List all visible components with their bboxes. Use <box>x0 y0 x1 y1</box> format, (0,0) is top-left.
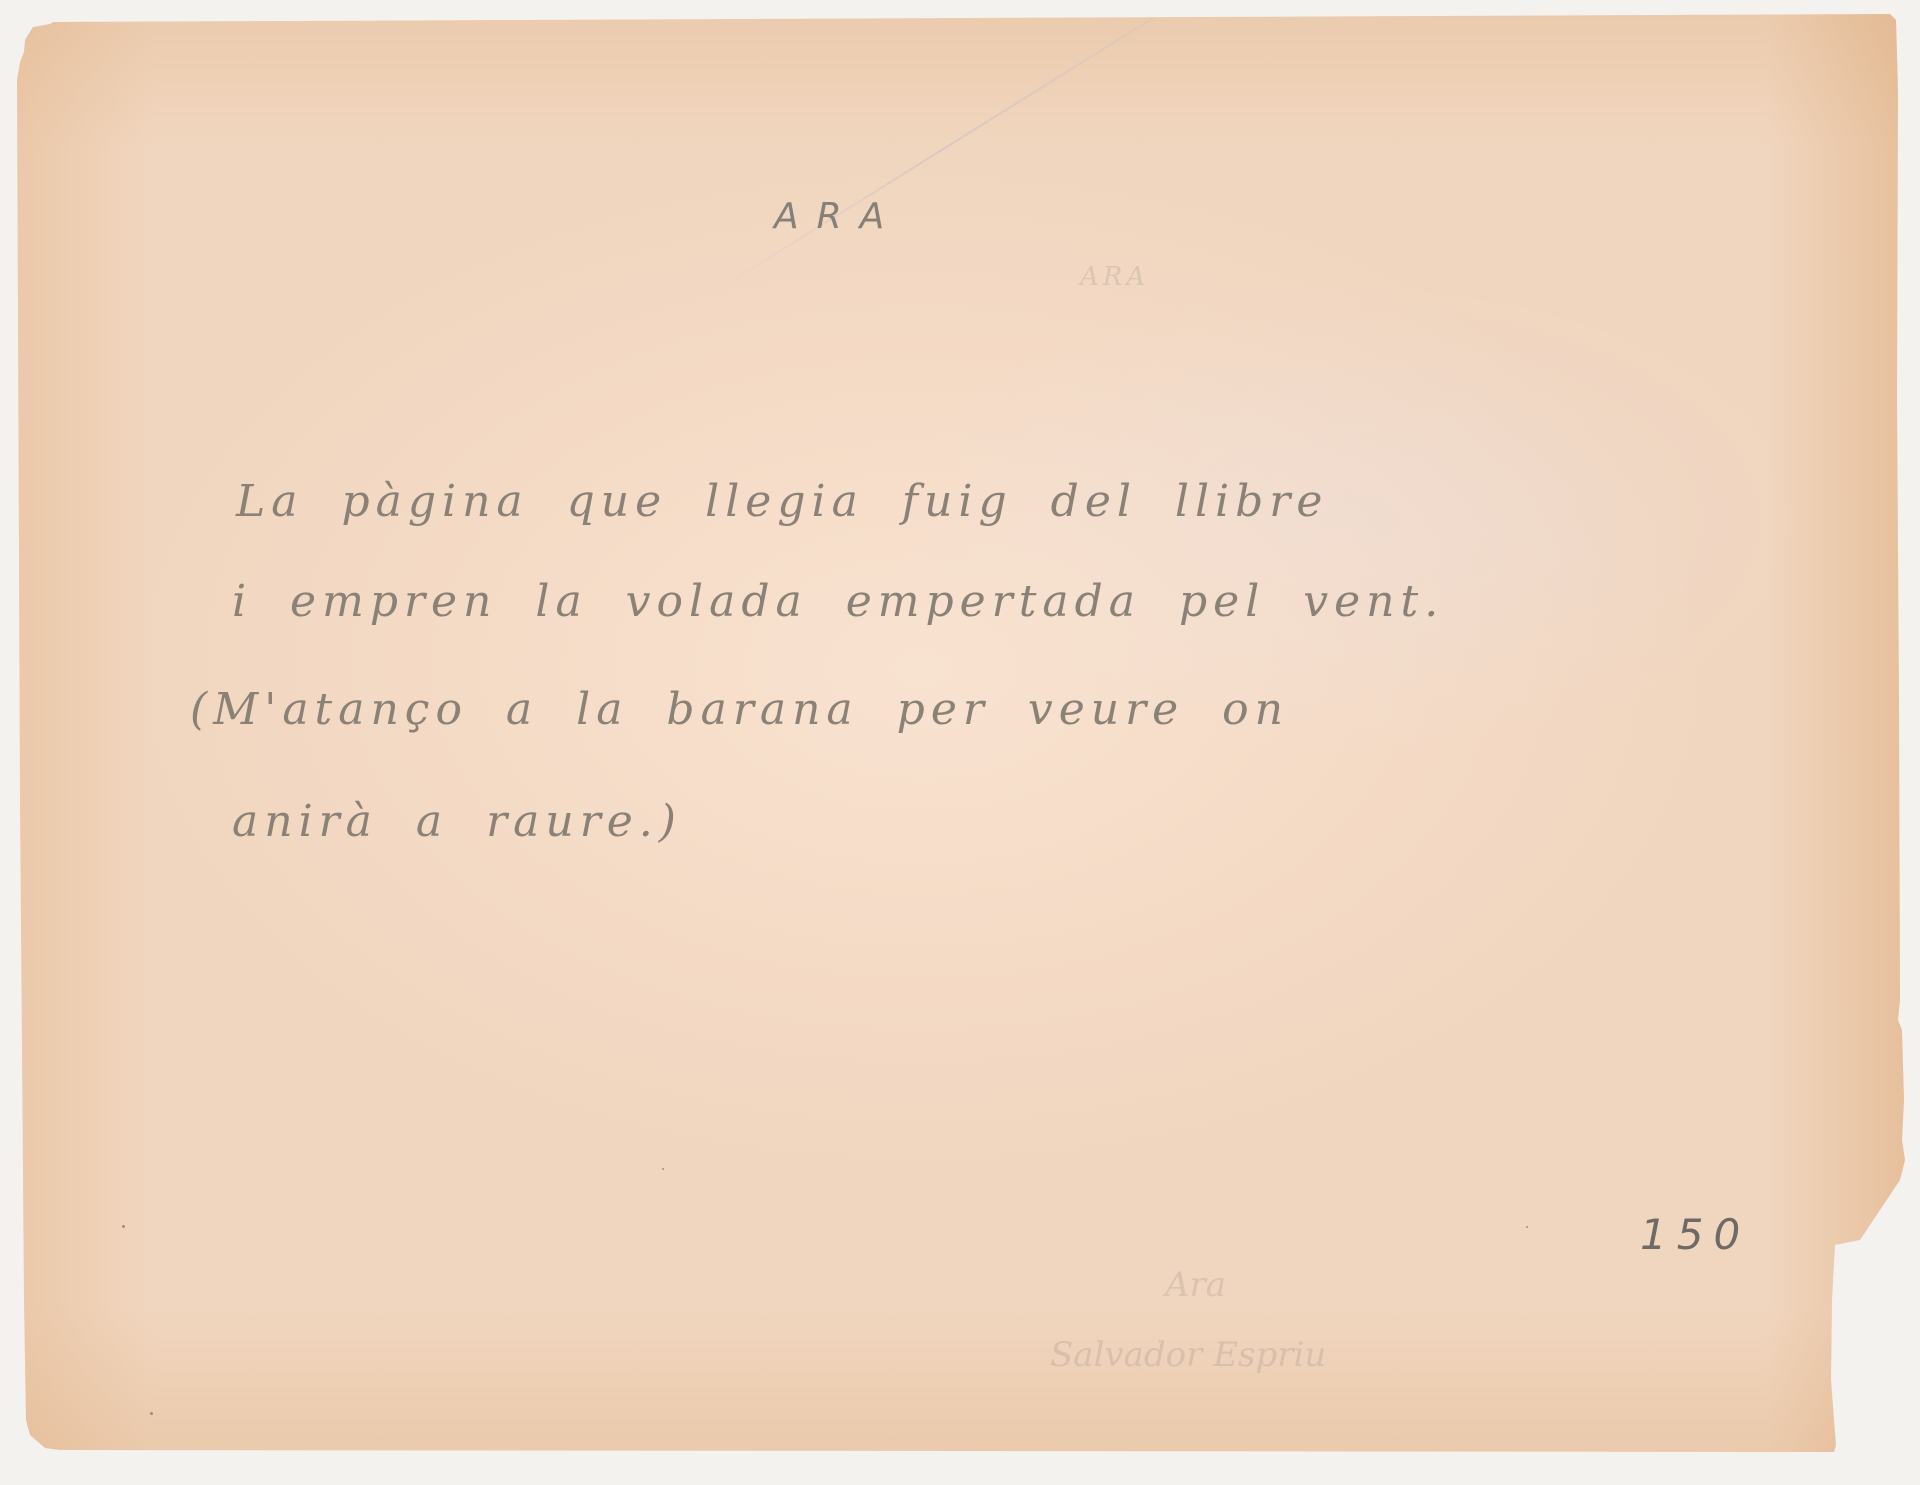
poem-title: ARA <box>774 196 902 237</box>
poem-line-3: (M'atanço a la barana per veure on <box>190 684 1289 735</box>
manuscript-page: ARA ARA La pàgina que llegia fuig del ll… <box>0 0 1920 1485</box>
poem-line-4: anirà a raure.) <box>232 796 682 847</box>
bleed-through-text-1: Ara <box>1165 1265 1226 1305</box>
poem-line-1: La pàgina que llegia fuig del llibre <box>236 476 1328 527</box>
paper-speck <box>150 1412 153 1415</box>
paper-speck <box>1526 1226 1528 1228</box>
paper-speck <box>662 1168 664 1170</box>
bleed-through-title: ARA <box>1080 262 1149 292</box>
paper-speck <box>122 1225 125 1228</box>
poem-line-2: i empren la volada empertada pel vent. <box>232 576 1444 627</box>
paper-crease <box>699 0 1311 302</box>
bleed-through-text-2: Salvador Espriu <box>1050 1335 1326 1375</box>
page-number: 150 <box>1640 1210 1750 1259</box>
